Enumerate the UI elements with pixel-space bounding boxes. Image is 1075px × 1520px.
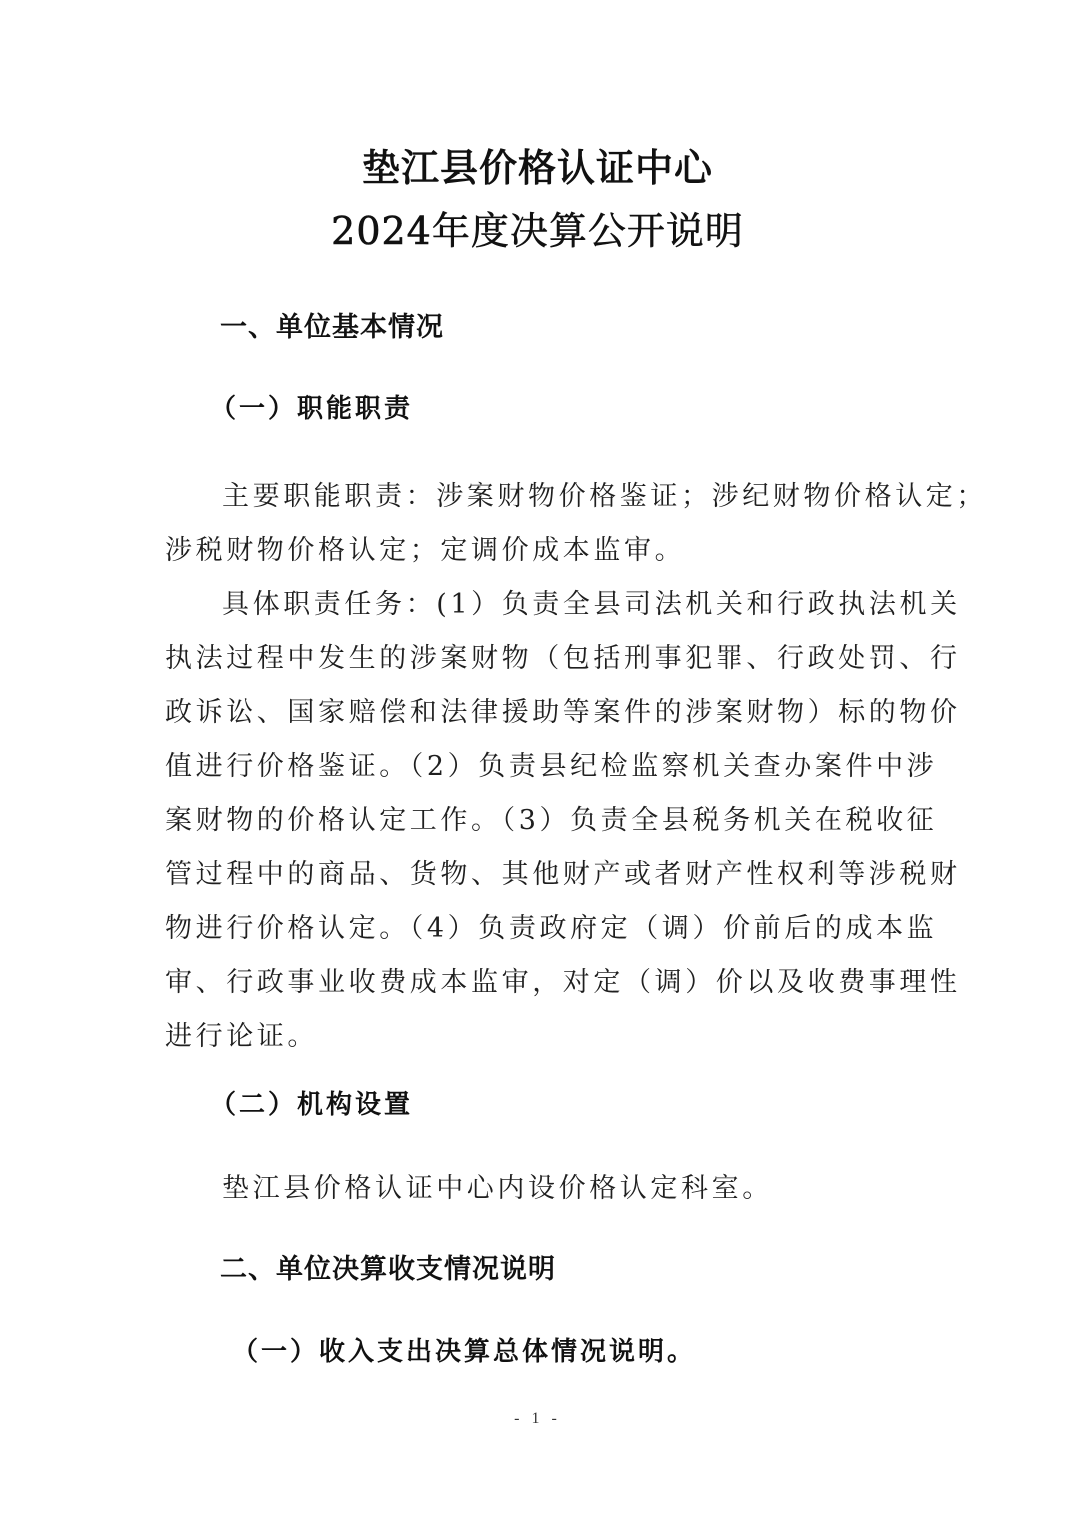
paragraph-line: 物进行价格认定。（4）负责政府定（调）价前后的成本监 bbox=[165, 906, 910, 945]
section-heading-basic-info: 一、单位基本情况 bbox=[220, 305, 444, 344]
paragraph-line: 涉税财物价格认定；定调价成本监审。 bbox=[165, 528, 910, 567]
subsection-heading-duties: （一）职能职责 bbox=[210, 388, 413, 425]
paragraph-line: 值进行价格鉴证。（2）负责县纪检监察机关查办案件中涉 bbox=[165, 744, 910, 783]
paragraph-line: 具体职责任务：(1）负责全县司法机关和行政执法机关 bbox=[222, 582, 910, 621]
paragraph-line: 垫江县价格认证中心内设价格认定科室。 bbox=[222, 1166, 910, 1205]
paragraph-line: 审、行政事业收费成本监审，对定（调）价以及收费事理性 bbox=[165, 960, 910, 999]
paragraph-line: 政诉讼、国家赔偿和法律援助等案件的涉案财物）标的物价 bbox=[165, 690, 910, 729]
subsection-heading-income-expense: （一）收入支出决算总体情况说明。 bbox=[232, 1331, 696, 1368]
document-title-line1: 垫江县价格认证中心 bbox=[0, 137, 1075, 192]
paragraph-line: 主要职能职责：涉案财物价格鉴证；涉纪财物价格认定； bbox=[222, 474, 910, 513]
document-page: 垫江县价格认证中心 2024年度决算公开说明 一、单位基本情况 （一）职能职责 … bbox=[0, 0, 1075, 1520]
document-title-line2: 2024年度决算公开说明 bbox=[0, 200, 1075, 255]
section-heading-budget-summary: 二、单位决算收支情况说明 bbox=[220, 1247, 556, 1286]
paragraph-line: 进行论证。 bbox=[165, 1014, 910, 1053]
paragraph-line: 案财物的价格认定工作。（3）负责全县税务机关在税收征 bbox=[165, 798, 910, 837]
page-number: - 1 - bbox=[0, 1410, 1075, 1428]
paragraph-line: 管过程中的商品、货物、其他财产或者财产性权利等涉税财 bbox=[165, 852, 910, 891]
subsection-heading-organization: （二）机构设置 bbox=[210, 1084, 413, 1121]
paragraph-line: 执法过程中发生的涉案财物（包括刑事犯罪、行政处罚、行 bbox=[165, 636, 910, 675]
